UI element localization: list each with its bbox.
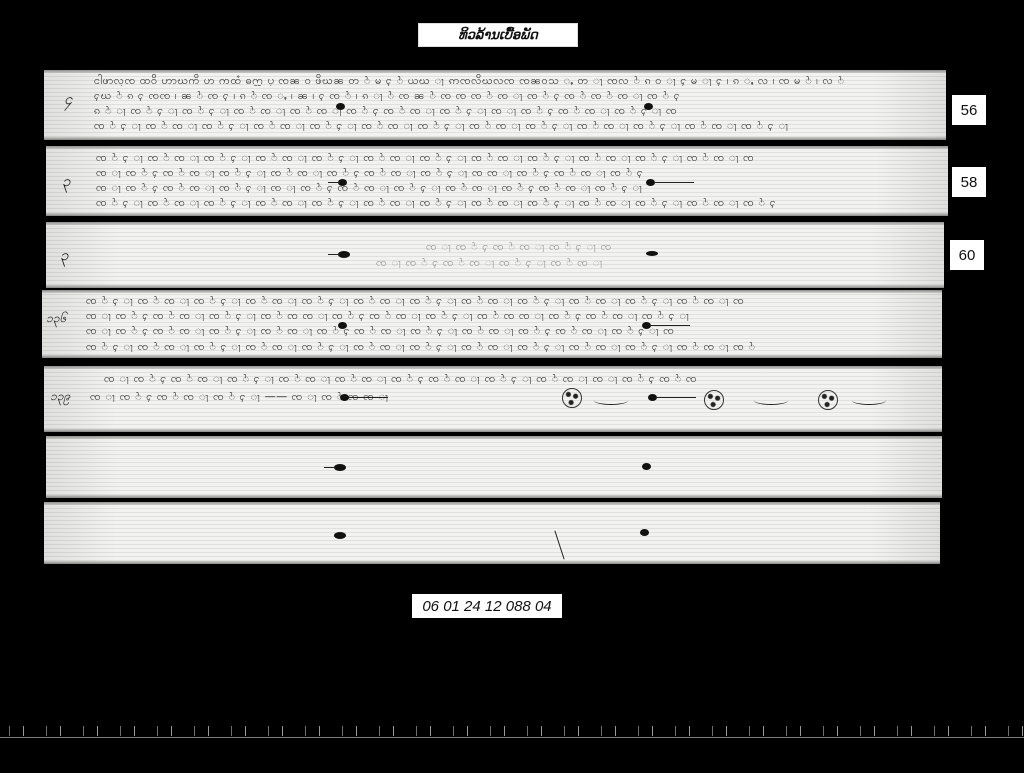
script-line: ၵ ႝ ႃ ၸ ႝ ႁ ႃ ၸ ႝ ႁ ႃ ၸ ႝ ၸ ႃ ၸ ႝ ၸ ႃ ၸ … <box>94 104 934 116</box>
leaf-numeral: ၄ <box>64 90 72 112</box>
script-line: ၸ ႝ ႁ ႃ ၸ ႝ ၸ ႃ ၸ ႝ ႁ ႃ ၸ ႝ ၸ ႃ ၸ ႝ ႁ ႃ … <box>96 196 941 208</box>
string-hole-icon <box>648 394 657 401</box>
leaf-numeral: ၃ <box>60 246 68 268</box>
leaf-numeral: ၃ <box>62 172 70 194</box>
floral-ornament-icon <box>704 390 724 410</box>
manuscript-id-text: 06 01 24 12 088 04 <box>422 598 551 615</box>
string-hole-icon <box>338 322 347 329</box>
string-hole-icon <box>338 251 350 258</box>
page-number-text: 58 <box>961 174 978 191</box>
scale-ruler <box>0 737 1024 738</box>
string-hole-icon <box>646 179 655 186</box>
page-number-56: 56 <box>952 95 986 125</box>
script-line: ၸ ႃ ၸ ႝ ႁ ၸ ႝ ၸ ႃ ၸ ႝ ႁ ႃ ၸ ႃ ၸ ႝ ႁ ၸ ႝ … <box>96 181 926 193</box>
page-number-text: 56 <box>961 102 978 119</box>
script-line: ႁဃ ႝ ၵ ႁ ၸၸ ၊ ၼ ႝ ၸ ႁ ၊ ၵ ႝ ၸ ႇ ၊ ၼ ၊ ႁ … <box>94 89 934 101</box>
script-line: ၸ ႃ ၸ ႝ ႁ ၸ ႝ ၸ ႃ ၸ ႝ ႁ ႃ ၸ ႝ ၸ ႃ ၸ ႝ ႁ … <box>96 166 926 178</box>
page-number-text: 60 <box>959 247 976 264</box>
floral-ornament-icon <box>818 390 838 410</box>
string-hole-icon <box>340 394 349 401</box>
string-hole-icon <box>338 179 347 186</box>
title-label: ທິວລ້ານເບື້ອພັດ <box>418 23 578 47</box>
leaf-numeral: ၁၃၉ <box>50 388 70 406</box>
script-line: ၸ ႝ ႁ ႃ ၸ ႝ ၸ ႃ ၸ ႝ ႁ ႃ ၸ ႝ ၸ ႃ ၸ ႝ ႁ ႃ … <box>94 119 944 131</box>
scale-ruler-ticks <box>0 726 1024 736</box>
palm-leaf-3: ၃ ၸ ႃ ၸ ႝ ႁ ၸ ႝ ၸ ႃ ၸ ႝ ႁ ႃ ၸ ၸ ႃ ၸ ႝ ႁ … <box>46 222 944 288</box>
script-line: ၸ ႃ ၸ ႝ ႁ ၸ ႝ ၸ ႃ ၸ ႝ ႁ ႃ ၸ <box>426 240 646 252</box>
palm-leaf-1: ၄ ငါဖာလုၸ ထဝိ ဟာဃကိ ဟ ကထံ ဓဣ ၦ ၸၼ ဝ ဖိဃၼ… <box>44 70 946 140</box>
script-line: ၸ ႃ ၸ ႝ ႁ ၸ ႝ ၸ ႃ ၸ ႝ ႁ ႃ ၸ ႝ ၸ ႃ <box>376 256 636 268</box>
swash-icon <box>594 396 628 405</box>
string-hole-icon <box>334 464 346 471</box>
palm-leaf-4: ၁၃၆ ၸ ႝ ႁ ႃ ၸ ႝ ၸ ႃ ၸ ႝ ႁ ႃ ၸ ႝ ၸ ႃ ၸ ႝ … <box>42 290 942 358</box>
script-line: ၸ ႃ ၸ ႝ ႁ ၸ ႝ ၸ ႃ ၸ ႝ ႁ ႃ ၸ ႝ ၸ ၸ ႃ ၸ ႝ … <box>86 309 931 321</box>
script-line: ၸ ႃ ၸ ႝ ႁ ၸ ႝ ၸ ႃ ၸ ႝ ႁ ႃ ၸ ႝ ၸ ႃ ၸ ႝ ႁ … <box>86 324 931 336</box>
palm-leaf-2: ၃ ၸ ႝ ႁ ႃ ၸ ႝ ၸ ႃ ၸ ႝ ႁ ႃ ၸ ႝ ၸ ႃ ၸ ႝ ႁ … <box>46 146 948 216</box>
string-hole-icon <box>336 103 345 110</box>
script-line: ၸ ႃ ၸ ႝ ႁ ၸ ႝ ၸ ႃ ၸ ႝ ႁ ႃ ၸ ႝ ၸ ႃ ၸ ႝ ၸ … <box>104 372 924 384</box>
script-line: ၸ ႝ ႁ ႃ ၸ ႝ ၸ ႃ ၸ ႝ ႁ ႃ ၸ ႝ ၸ ႃ ၸ ႝ ႁ ႃ … <box>96 151 926 163</box>
swash-icon <box>852 396 886 405</box>
script-line: ငါဖာလုၸ ထဝိ ဟာဃကိ ဟ ကထံ ဓဣ ၦ ၸၼ ဝ ဖိဃၼ တ… <box>94 74 934 86</box>
script-line: ၸ ႝ ႁ ႃ ၸ ႝ ၸ ႃ ၸ ႝ ႁ ႃ ၸ ႝ ၸ ႃ ၸ ႝ ႁ ႃ … <box>86 294 931 306</box>
string-hole-icon <box>642 322 651 329</box>
palm-leaf-6 <box>46 436 942 498</box>
swash-icon <box>754 396 788 405</box>
string-hole-icon <box>640 529 649 536</box>
string-hole-icon <box>646 251 658 256</box>
floral-ornament-icon <box>562 388 582 408</box>
page-number-60: 60 <box>950 240 984 270</box>
script-line: ၸ ႝ ႁ ႃ ၸ ႝ ၸ ႃ ၸ ႝ ႁ ႃ ၸ ႝ ၸ ႃ ၸ ႝ ႁ ႃ … <box>86 340 936 352</box>
string-hole-icon <box>642 463 651 470</box>
page-number-58: 58 <box>952 167 986 197</box>
title-text: ທິວລ້ານເບື້ອພັດ <box>458 27 538 43</box>
leaf-numeral: ၁၃၆ <box>46 310 66 328</box>
manuscript-id-label: 06 01 24 12 088 04 <box>412 594 562 618</box>
palm-leaf-5: ၁၃၉ ၸ ႃ ၸ ႝ ႁ ၸ ႝ ၸ ႃ ၸ ႝ ႁ ႃ ၸ ႝ ၸ ႃ ၸ … <box>44 366 942 432</box>
string-hole-icon <box>644 103 653 110</box>
palm-leaf-7 <box>44 502 940 564</box>
leaf-crack <box>554 531 564 560</box>
string-hole-icon <box>334 532 346 539</box>
